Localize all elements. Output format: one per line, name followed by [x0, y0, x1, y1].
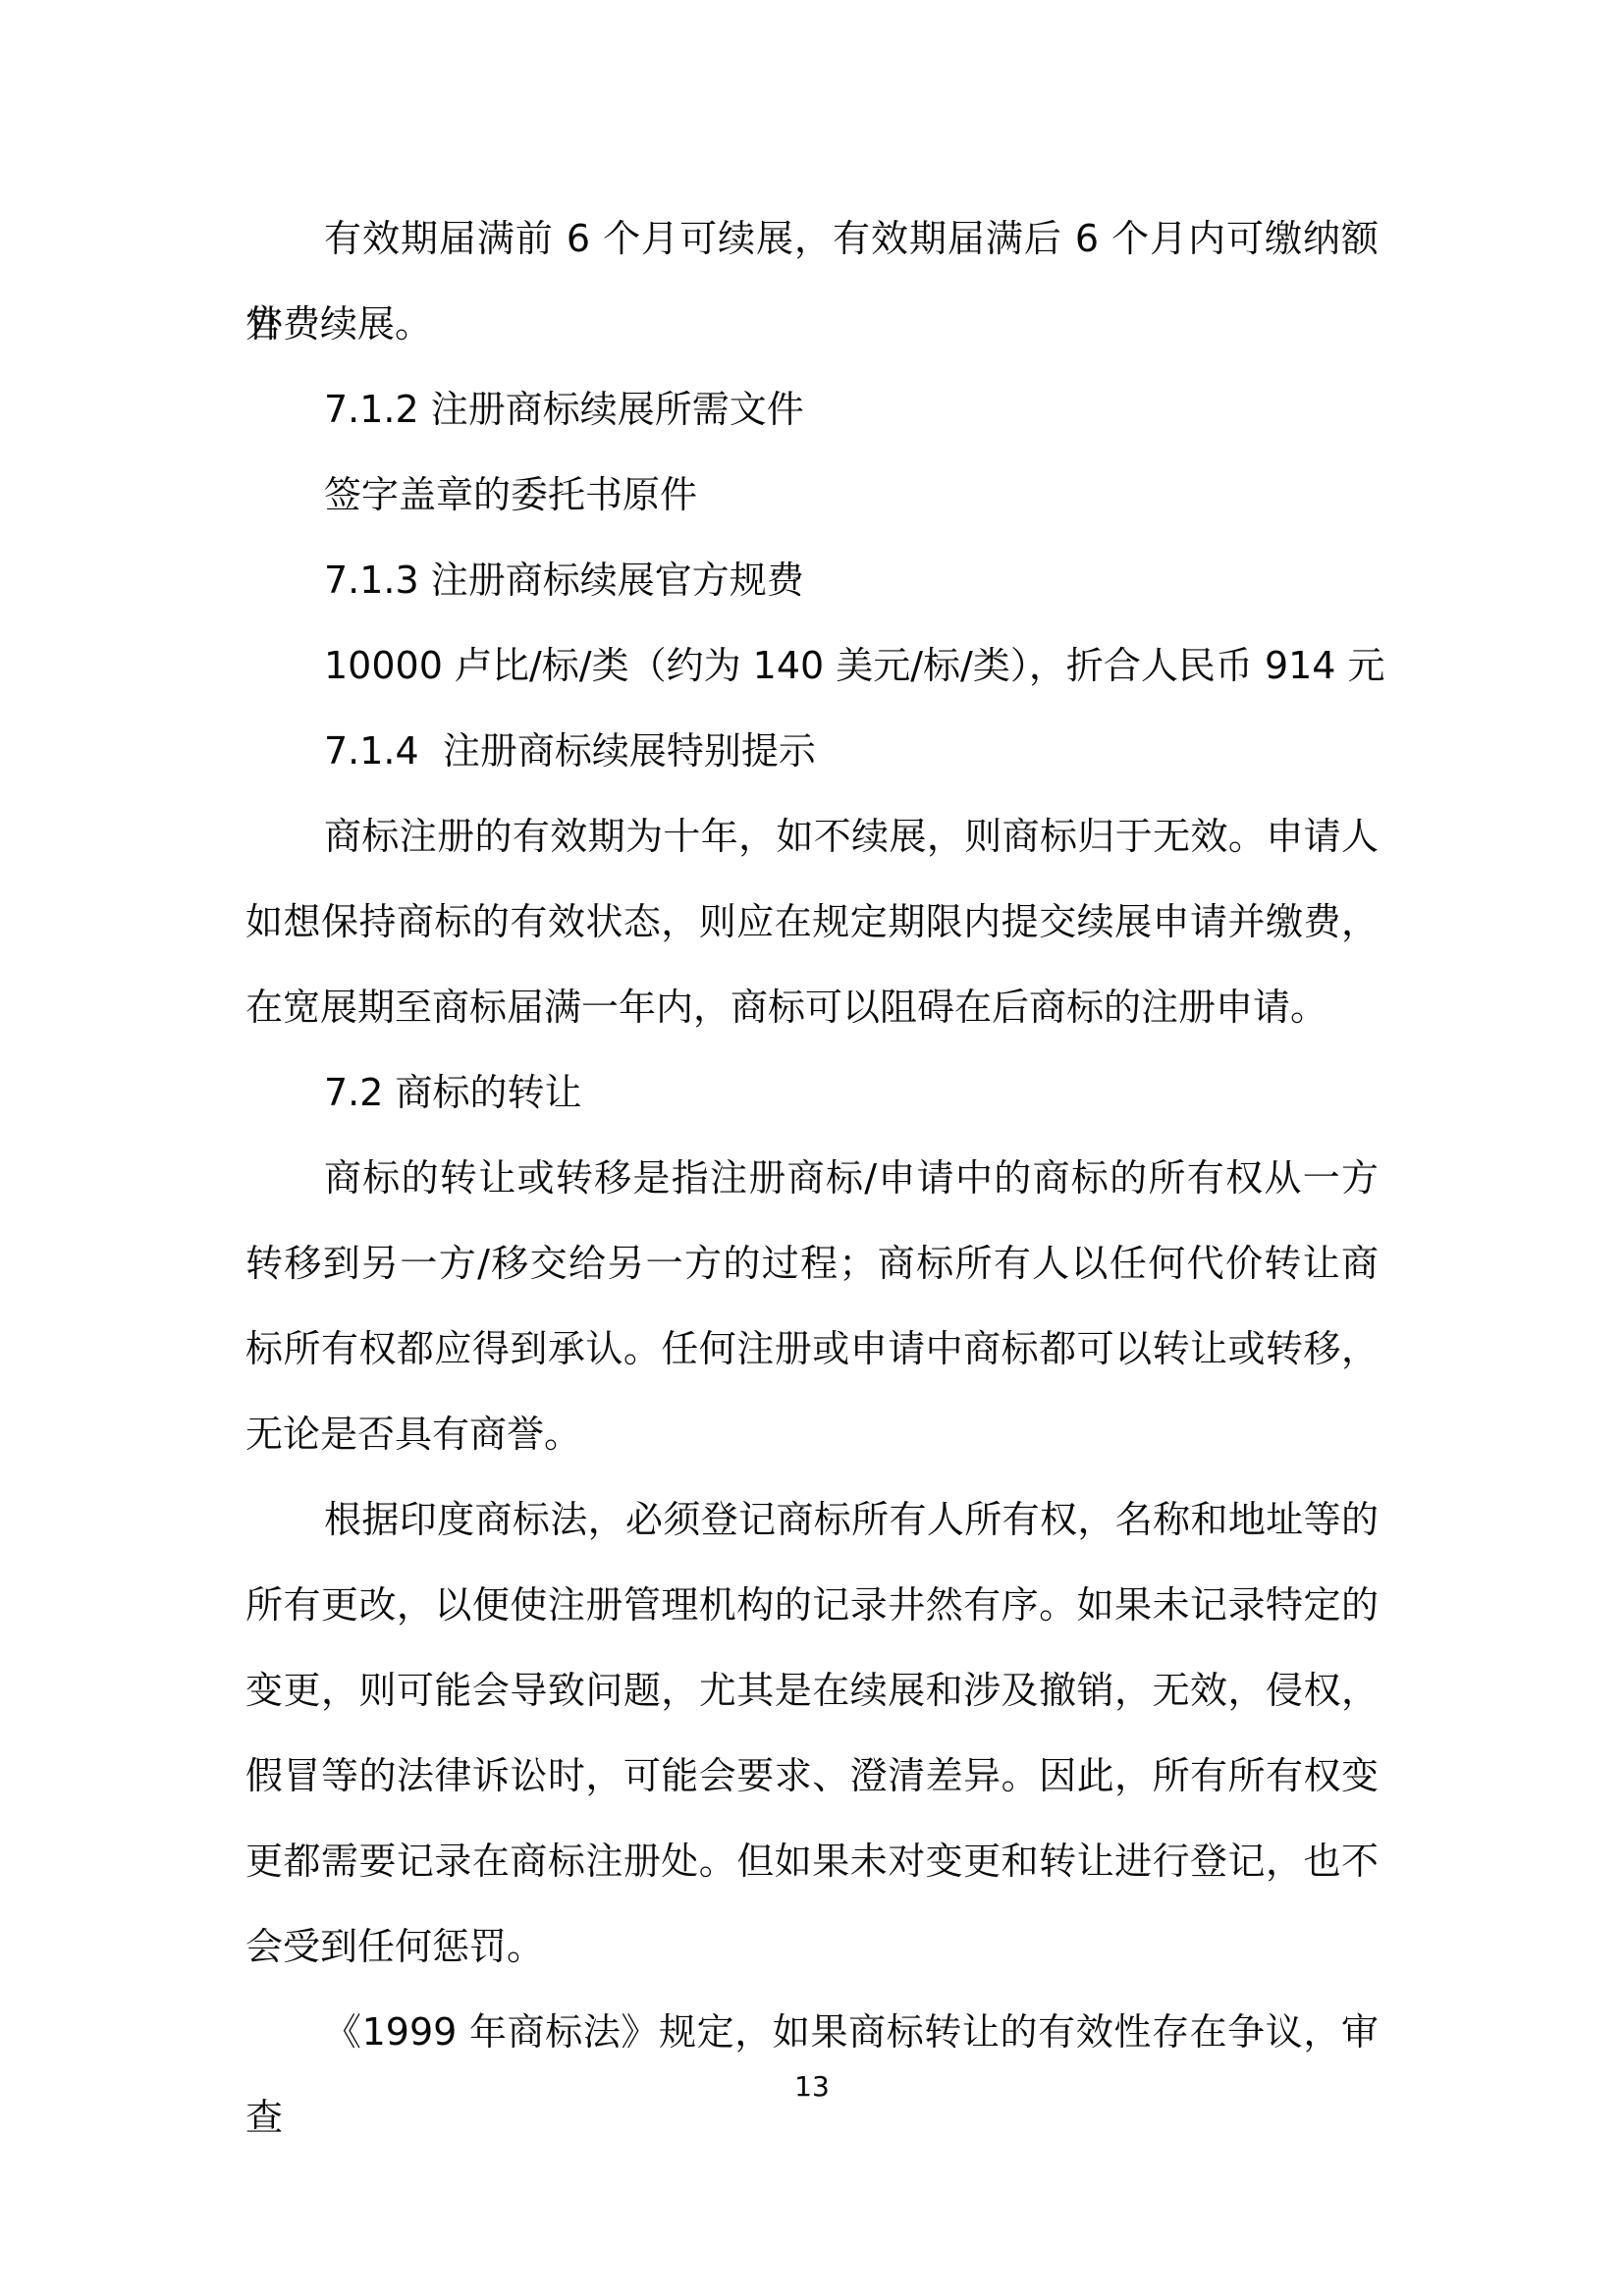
text-line: 所有更改，以便使注册管理机构的记录井然有序。如果未记录特定的: [245, 1563, 1379, 1648]
text-line: 更都需要记录在商标注册处。但如果未对变更和转让进行登记，也不: [245, 1819, 1379, 1904]
page-number: 13: [0, 2069, 1624, 2105]
text-line: 转移到另一方/移交给另一方的过程；商标所有人以任何代价转让商: [245, 1221, 1379, 1307]
text-line: 官费续展。: [245, 282, 1379, 367]
text-line: 10000 卢比/标/类（约为 140 美元/标/类），折合人民币 914 元: [245, 623, 1379, 709]
text-line: 签字盖章的委托书原件: [245, 453, 1379, 538]
heading-7-2: 7.2 商标的转让: [245, 1050, 1379, 1136]
text-line: 无论是否具有商誉。: [245, 1392, 1379, 1477]
text-line: 有效期届满前 6 个月可续展，有效期届满后 6 个月内可缴纳额外: [245, 196, 1379, 282]
document-body: 有效期届满前 6 个月可续展，有效期届满后 6 个月内可缴纳额外 官费续展。 7…: [245, 196, 1379, 2075]
document-page: 有效期届满前 6 个月可续展，有效期届满后 6 个月内可缴纳额外 官费续展。 7…: [0, 0, 1624, 2296]
text-line: 商标注册的有效期为十年，如不续展，则商标归于无效。申请人: [245, 794, 1379, 880]
text-line: 会受到任何惩罚。: [245, 1904, 1379, 1990]
text-line: 商标的转让或转移是指注册商标/申请中的商标的所有权从一方: [245, 1136, 1379, 1221]
text-line: 变更，则可能会导致问题，尤其是在续展和涉及撤销，无效，侵权，: [245, 1648, 1379, 1734]
text-line: 如想保持商标的有效状态，则应在规定期限内提交续展申请并缴费，: [245, 880, 1379, 965]
text-line: 在宽展期至商标届满一年内，商标可以阻碍在后商标的注册申请。: [245, 965, 1379, 1050]
text-line: 根据印度商标法，必须登记商标所有人所有权，名称和地址等的: [245, 1477, 1379, 1563]
text-line: 标所有权都应得到承认。任何注册或申请中商标都可以转让或转移，: [245, 1307, 1379, 1392]
text-line: 假冒等的法律诉讼时，可能会要求、澄清差异。因此，所有所有权变: [245, 1734, 1379, 1819]
heading-7-1-3: 7.1.3 注册商标续展官方规费: [245, 538, 1379, 623]
heading-7-1-4: 7.1.4 注册商标续展特别提示: [245, 709, 1379, 794]
text-line: 《1999 年商标法》规定，如果商标转让的有效性存在争议，审查: [245, 1990, 1379, 2075]
heading-7-1-2: 7.1.2 注册商标续展所需文件: [245, 367, 1379, 453]
